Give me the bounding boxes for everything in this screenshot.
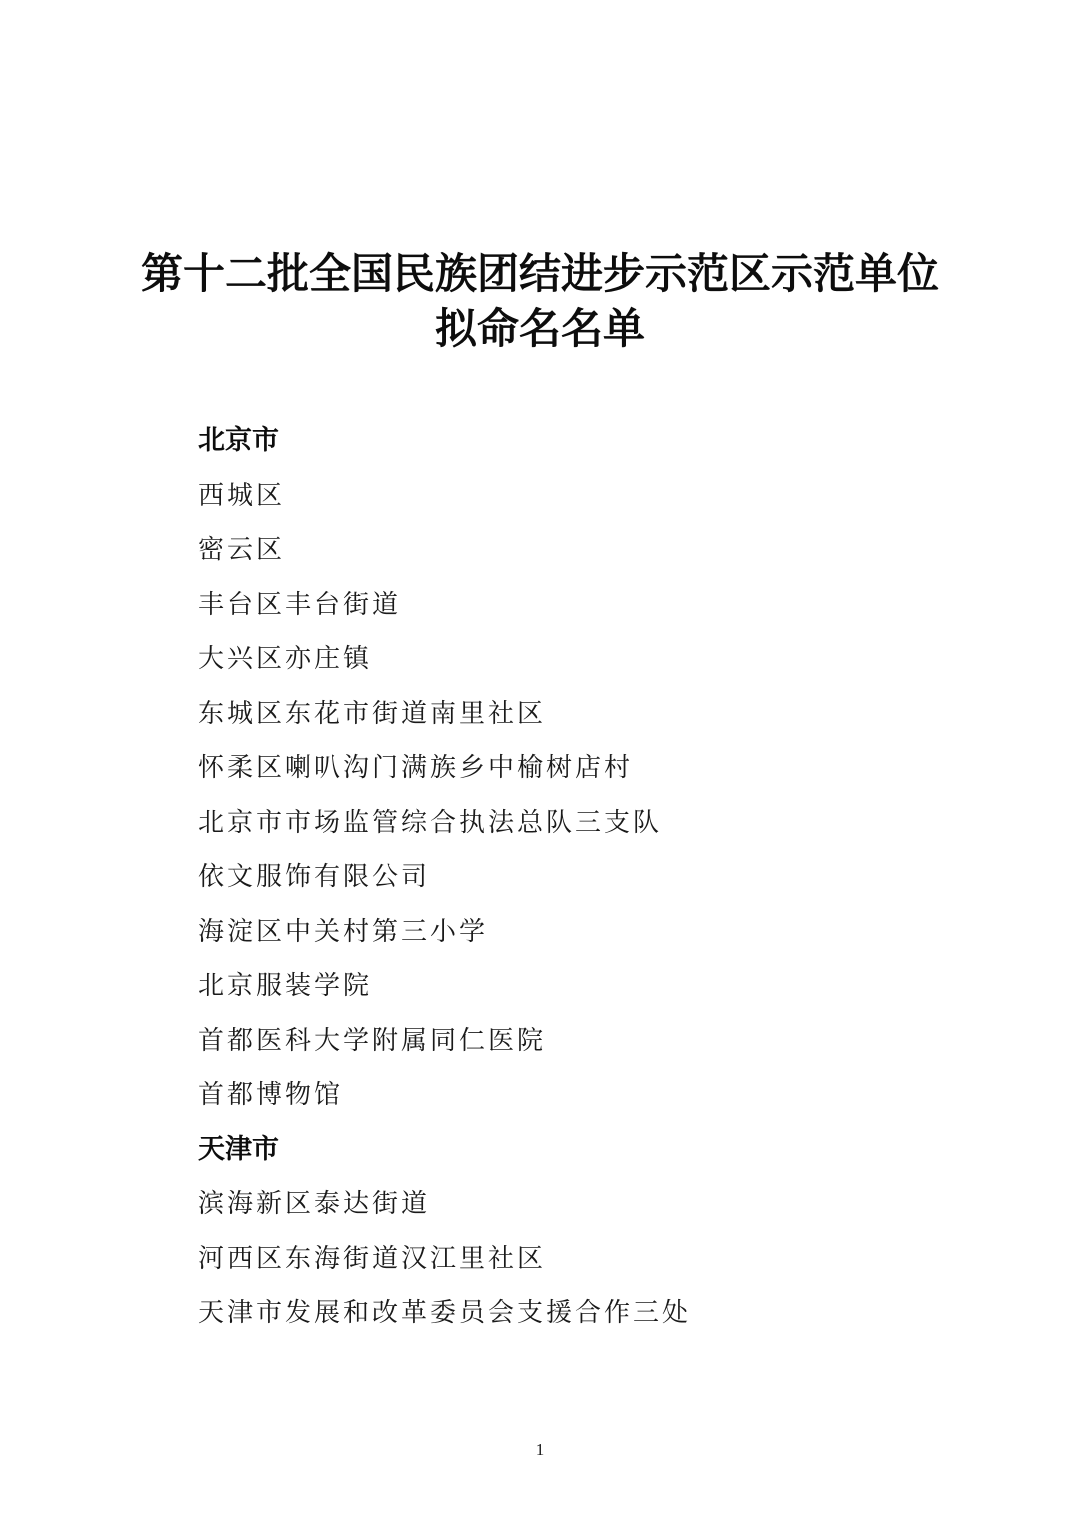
- list-item: 东城区东花市街道南里社区: [198, 687, 958, 742]
- region-heading-tianjin: 天津市: [198, 1123, 958, 1178]
- nominee-list: 北京市 西城区 密云区 丰台区丰台街道 大兴区亦庄镇 东城区东花市街道南里社区 …: [198, 414, 958, 1341]
- list-item: 依文服饰有限公司: [198, 850, 958, 905]
- list-item: 北京市市场监管综合执法总队三支队: [198, 796, 958, 851]
- list-item: 西城区: [198, 469, 958, 524]
- document-title-line-1: 第十二批全国民族团结进步示范区示范单位: [0, 246, 1080, 302]
- list-item: 大兴区亦庄镇: [198, 632, 958, 687]
- list-item: 天津市发展和改革委员会支援合作三处: [198, 1286, 958, 1341]
- list-item: 丰台区丰台街道: [198, 578, 958, 633]
- page-number: 1: [0, 1440, 1080, 1460]
- document-page: 第十二批全国民族团结进步示范区示范单位 拟命名名单 北京市 西城区 密云区 丰台…: [0, 0, 1080, 1527]
- region-heading-beijing: 北京市: [198, 414, 958, 469]
- list-item: 滨海新区泰达街道: [198, 1177, 958, 1232]
- list-item: 密云区: [198, 523, 958, 578]
- list-item: 北京服装学院: [198, 959, 958, 1014]
- list-item: 怀柔区喇叭沟门满族乡中榆树店村: [198, 741, 958, 796]
- document-title-line-2: 拟命名名单: [0, 301, 1080, 357]
- list-item: 首都医科大学附属同仁医院: [198, 1014, 958, 1069]
- list-item: 河西区东海街道汉江里社区: [198, 1232, 958, 1287]
- list-item: 海淀区中关村第三小学: [198, 905, 958, 960]
- list-item: 首都博物馆: [198, 1068, 958, 1123]
